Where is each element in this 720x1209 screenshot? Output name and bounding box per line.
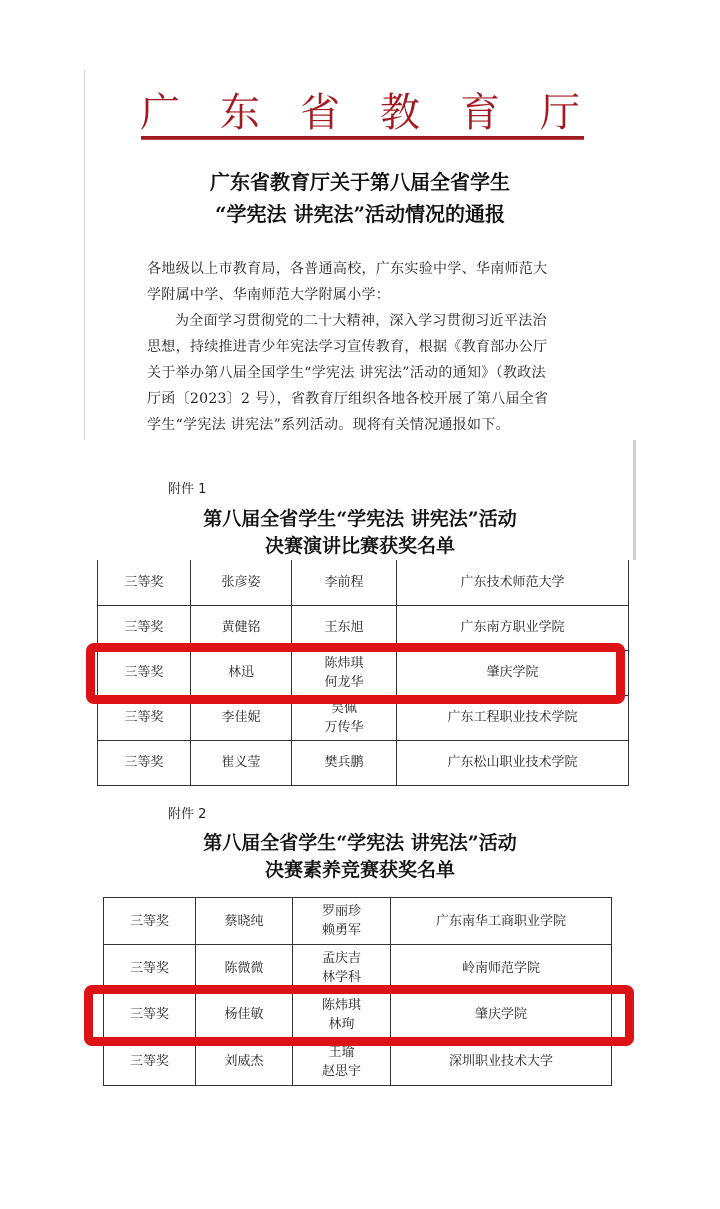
award-cell: 三等奖 [98,605,191,650]
teacher-cell: 孟庆吉 林学科 [293,945,391,992]
award-cell: 三等奖 [98,650,191,695]
teacher-name: 王东旭 [292,618,396,637]
student-cell: 陈微微 [196,945,293,992]
student-cell: 蔡晓纯 [196,898,293,945]
teacher-cell: 樊兵鹏 [292,740,397,785]
masthead-char: 省 [300,81,340,138]
school-cell: 广东工程职业技术学院 [397,695,629,740]
teacher-cell: 李前程 [292,560,397,605]
teacher-cell: 王瑜 赵思宇 [293,1038,391,1086]
attachment2-label: 附件 2 [168,803,206,822]
notice-title-line2: “学宪法 讲宪法”活动情况的通报 [0,198,720,227]
table-row: 三等奖 黄健铭 王东旭 广东南方职业学院 [98,605,629,650]
table-row-highlighted: 三等奖 杨佳敏 陈炜琪 林珣 肇庆学院 [104,992,612,1038]
attachment1-title-line2: 决赛演讲比赛获奖名单 [0,532,720,560]
teacher-name: 罗丽珍 [293,902,390,921]
attachment1-label: 附件 1 [168,478,206,497]
paragraph-line: 厅函〔2023〕2 号），省教育厅组织各地各校开展了第八届全省 [147,386,597,412]
award-cell: 三等奖 [104,898,196,945]
teacher-name: 吴佩 [292,699,396,718]
teacher-name: 李前程 [292,573,396,592]
award-cell: 三等奖 [104,945,196,992]
teacher-name: 林珣 [293,1015,390,1034]
paragraph-line: 思想，持续推进青少年宪法学习宣传教育，根据《教育部办公厅 [147,334,597,360]
masthead-char: 育 [460,81,500,138]
notice-title-line1: 广东省教育厅关于第八届全省学生 [0,166,720,195]
school-cell: 广东南方职业学院 [397,605,629,650]
awards-table-speech: 三等奖 张彦姿 李前程 广东技术师范大学 三等奖 黄健铭 王东旭 广东南方职业学… [97,560,629,786]
table-row: 三等奖 蔡晓纯 罗丽珍 赖勇军 广东南华工商职业学院 [104,898,612,945]
table-row: 三等奖 刘威杰 王瑜 赵思宇 深圳职业技术大学 [104,1038,612,1086]
awards-table-literacy: 三等奖 蔡晓纯 罗丽珍 赖勇军 广东南华工商职业学院 三等奖 陈微微 孟庆吉 林… [103,897,612,1086]
masthead-char: 教 [380,81,420,138]
teacher-name: 赵思宇 [293,1062,390,1081]
teacher-name: 陈炜琪 [292,654,396,673]
school-cell: 广东南华工商职业学院 [391,898,612,945]
teacher-name: 陈炜琪 [293,996,390,1015]
paragraph-line: 关于举办第八届全国学生“学宪法 讲宪法”活动的通知》（教政法 [147,360,597,386]
student-cell: 崔义莹 [191,740,292,785]
recipients-line: 学附属中学、华南师范大学附属小学： [147,282,597,308]
teacher-cell: 吴佩 万传华 [292,695,397,740]
teacher-cell: 陈炜琪 林珣 [293,992,391,1038]
teacher-name: 何龙华 [292,673,396,692]
school-cell: 深圳职业技术大学 [391,1038,612,1086]
attachment1-title-line1: 第八届全省学生“学宪法 讲宪法”活动 [0,505,720,533]
award-cell: 三等奖 [98,560,191,605]
masthead-rule [141,136,584,139]
student-cell: 林迅 [191,650,292,695]
masthead: 广 东 省 教 育 厅 [140,84,580,134]
student-cell: 李佳妮 [191,695,292,740]
teacher-cell: 王东旭 [292,605,397,650]
school-cell: 广东松山职业技术学院 [397,740,629,785]
masthead-char: 东 [220,81,260,138]
teacher-name: 林学科 [293,968,390,987]
teacher-name: 孟庆吉 [293,949,390,968]
attachment2-title-line2: 决赛素养竞赛获奖名单 [0,856,720,884]
award-cell: 三等奖 [104,1038,196,1086]
paragraph-line: 为全面学习贯彻党的二十大精神，深入学习贯彻习近平法治 [147,308,597,334]
student-cell: 刘威杰 [196,1038,293,1086]
teacher-cell: 罗丽珍 赖勇军 [293,898,391,945]
table-row: 三等奖 张彦姿 李前程 广东技术师范大学 [98,560,629,605]
table-row: 三等奖 陈微微 孟庆吉 林学科 岭南师范学院 [104,945,612,992]
teacher-name: 赖勇军 [293,921,390,940]
table-row-highlighted: 三等奖 林迅 陈炜琪 何龙华 肇庆学院 [98,650,629,695]
student-cell: 黄健铭 [191,605,292,650]
award-cell: 三等奖 [98,740,191,785]
teacher-name: 万传华 [292,718,396,737]
student-cell: 张彦姿 [191,560,292,605]
paragraph-line: 学生“学宪法 讲宪法”系列活动。现将有关情况通报如下。 [147,412,597,438]
teacher-name: 樊兵鹏 [292,753,396,772]
attachment2-title-line1: 第八届全省学生“学宪法 讲宪法”活动 [0,829,720,857]
award-cell: 三等奖 [98,695,191,740]
student-cell: 杨佳敏 [196,992,293,1038]
page-edge [84,70,85,440]
school-cell: 肇庆学院 [397,650,629,695]
table-row: 三等奖 李佳妮 吴佩 万传华 广东工程职业技术学院 [98,695,629,740]
teacher-name: 王瑜 [293,1043,390,1062]
school-cell: 肇庆学院 [391,992,612,1038]
school-cell: 广东技术师范大学 [397,560,629,605]
masthead-char: 厅 [540,81,580,138]
table-row: 三等奖 崔义莹 樊兵鹏 广东松山职业技术学院 [98,740,629,785]
teacher-cell: 陈炜琪 何龙华 [292,650,397,695]
school-cell: 岭南师范学院 [391,945,612,992]
notice-body: 各地级以上市教育局，各普通高校，广东实验中学、华南师范大 学附属中学、华南师范大… [147,256,597,438]
award-cell: 三等奖 [104,992,196,1038]
recipients-line: 各地级以上市教育局，各普通高校，广东实验中学、华南师范大 [147,256,597,282]
masthead-char: 广 [140,81,180,138]
